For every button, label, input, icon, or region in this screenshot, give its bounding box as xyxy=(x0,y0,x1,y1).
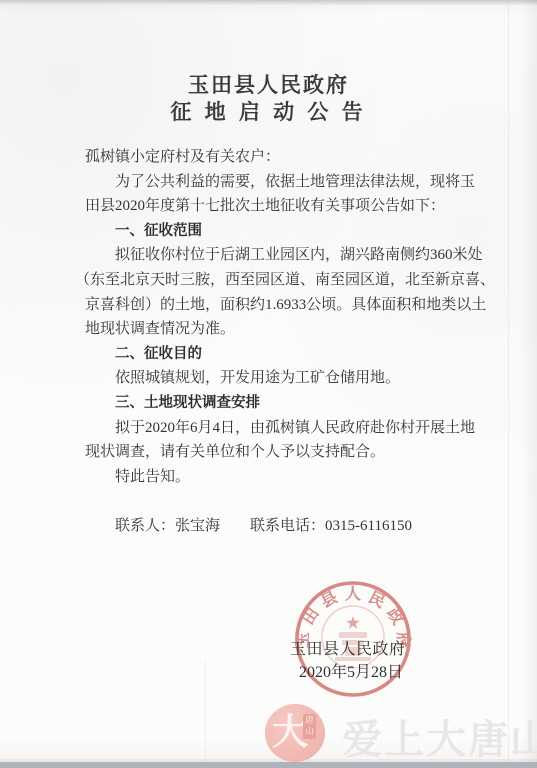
logo-badge: 唐山 xyxy=(303,714,316,739)
body-line: 现状调查，请有关单位和个人予以支持配合。 xyxy=(85,440,505,465)
body-line: 拟于2020年6月4日，由孤树镇人民政府赴你村开展土地 xyxy=(85,416,505,441)
body-heading-line: 一、征收范围 xyxy=(85,219,505,244)
body-line: 京喜科创）的土地，面积约1.6933公顷。具体面积和地类以土 xyxy=(85,293,505,318)
body-line: 田县2020年度第十七批次土地征收有关事项公告如下： xyxy=(85,194,505,219)
signature-org: 玉田县人民政府 xyxy=(290,636,410,659)
watermark-text: 爱上大唐山 xyxy=(342,708,537,765)
document-title-subject: 征 地 启 动 公 告 xyxy=(0,96,537,126)
signature-date: 2020年5月28日 xyxy=(299,659,409,682)
body-line: 特此告知。 xyxy=(85,465,505,490)
body-line: （东至北京天时三胺，西至园区道、南至园区道，北至新京喜、 xyxy=(75,268,505,293)
body-line: 依照城镇规划，开发用途为工矿仓储用地。 xyxy=(85,366,505,391)
scanned-document-page: 玉田县人民政府 征 地 启 动 公 告 孤树镇小定府村及有关农户：为了公共利益的… xyxy=(0,0,537,768)
body-line xyxy=(85,489,505,514)
body-heading-line: 二、征收目的 xyxy=(85,342,505,367)
body-line: 为了公共利益的需要，依据土地管理法律法规，现将玉 xyxy=(85,170,505,195)
body-line: 拟征收你村位于后湖工业园区内，湖兴路南侧约360米处 xyxy=(85,243,505,268)
scan-crease xyxy=(205,660,206,762)
body-heading-line: 三、土地现状调查安排 xyxy=(85,391,505,416)
datangshan-logo-icon: 大 唐山 xyxy=(265,704,325,762)
body-line: 孤树镇小定府村及有关农户： xyxy=(85,145,505,170)
document-title-org: 玉田县人民政府 xyxy=(0,69,537,99)
document-body: 孤树镇小定府村及有关农户：为了公共利益的需要，依据土地管理法律法规，现将玉田县2… xyxy=(85,145,505,539)
body-line: 联系人：张宝海 联系电话：0315-6116150 xyxy=(85,514,505,539)
seal-star-icon xyxy=(346,616,359,629)
body-line: 地现状调查情况为准。 xyxy=(85,317,505,342)
scan-edge-top xyxy=(0,0,537,5)
